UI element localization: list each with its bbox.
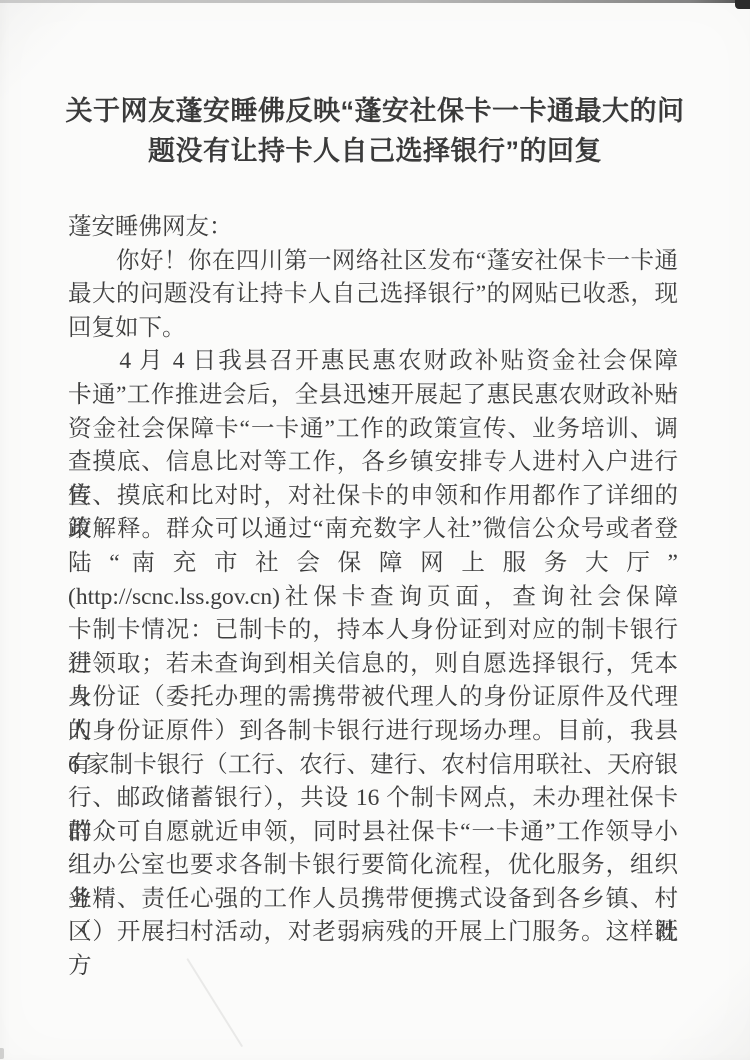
body-line: 卡制卡情况：已制卡的，持本人身份证到对应的制卡银行进	[68, 614, 678, 648]
body-line: 查摸底、信息比对等工作，各乡镇安排专人进村入户进行宣	[68, 446, 678, 480]
body-line: 策解释。群众可以通过“南充数字人社”微信公众号或者登	[68, 513, 678, 547]
body-line: 身份证（委托办理的需携带被代理人的身份证原件及代理人	[68, 681, 678, 715]
body-line: 传、摸底和比对时，对社保卡的申领和作用都作了详细的政	[68, 480, 678, 514]
scan-smudge	[0, 1048, 4, 1059]
body-line: 行、邮政储蓄银行），共设 16 个制卡网点，未办理社保卡的	[68, 782, 678, 816]
body-line: 陆 “ 南 充 市 社 会 保 障 网 上 服 务 大 厅 ”	[68, 547, 678, 581]
document-title-line-1: 关于网友蓬安睡佛反映“蓬安社保卡一卡通最大的问	[40, 91, 710, 131]
body-line: 回复如下。	[68, 312, 678, 346]
body-line: 行领取；若未查询到相关信息的，则自愿选择银行，凭本人	[68, 648, 678, 682]
paper-crease	[186, 958, 243, 1047]
body-line: 务精、责任心强的工作人员携带便携式设备到各乡镇、村（社	[68, 883, 678, 917]
document-title: 关于网友蓬安睡佛反映“蓬安社保卡一卡通最大的问 题没有让持卡人自己选择银行”的回…	[40, 91, 710, 171]
body-line: 最大的问题没有让持卡人自己选择银行”的网贴已收悉，现	[68, 278, 678, 312]
body-line: 组办公室也要求各制卡银行要简化流程，优化服务，组织业	[68, 849, 678, 883]
body-line: 群众可自愿就近申领，同时县社保卡“一卡通”工作领导小	[68, 816, 678, 850]
scanner-edge-artifact	[0, 0, 750, 3]
body-line: (http://scnc.lss.gov.cn)社保卡查询页面，查询社会保障	[68, 581, 678, 615]
scanner-corner-artifact	[735, 0, 750, 9]
body-line: 6 家制卡银行（工行、农行、建行、农村信用联社、天府银	[68, 749, 678, 783]
body-line: 4 月 4 日我县召开惠民惠农财政补贴资金社会保障卡“一	[68, 345, 678, 379]
body-line: 你好！你在四川第一网络社区发布“蓬安社保卡一卡通	[68, 245, 678, 279]
body-line: 的身份证原件）到各制卡银行进行现场办理。目前，我县有	[68, 715, 678, 749]
scanned-document-page: 关于网友蓬安睡佛反映“蓬安社保卡一卡通最大的问 题没有让持卡人自己选择银行”的回…	[0, 0, 750, 1060]
body-line: 蓬安睡佛网友：	[68, 211, 678, 245]
body-line: 卡通”工作推进会后，全县迅速开展起了惠民惠农财政补贴	[68, 379, 678, 413]
document-title-line-2: 题没有让持卡人自己选择银行”的回复	[40, 131, 710, 171]
body-line: 区）开展扫村活动，对老弱病残的开展上门服务。这样既方	[68, 916, 678, 950]
document-body: 蓬安睡佛网友： 你好！你在四川第一网络社区发布“蓬安社保卡一卡通最大的问题没有让…	[68, 211, 678, 950]
body-line: 资金社会保障卡“一卡通”工作的政策宣传、业务培训、调	[68, 413, 678, 447]
